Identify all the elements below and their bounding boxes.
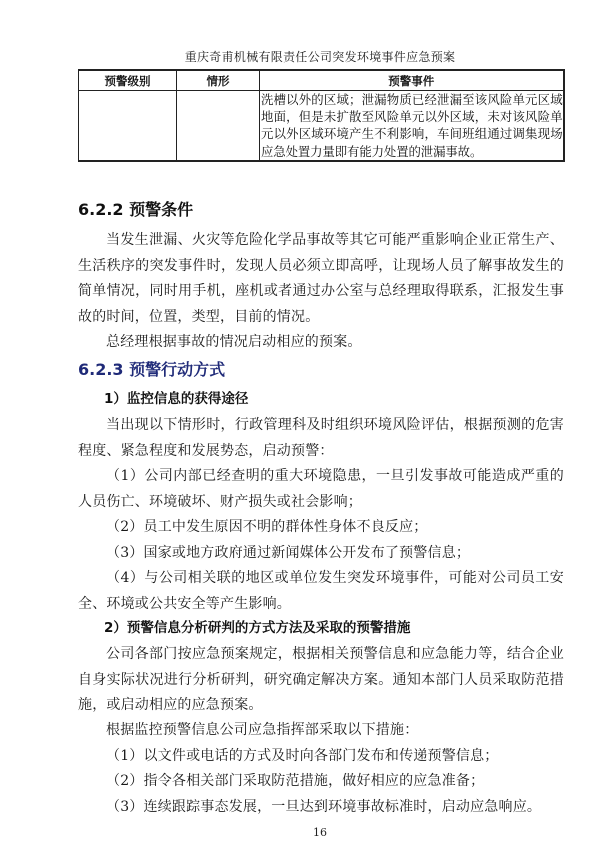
paragraph-measures-intro: 根据监控预警信息公司应急指挥部采取以下措施： — [78, 718, 564, 744]
column-header-situation: 情形 — [177, 70, 260, 91]
list-item-trigger-3: （3）国家或地方政府通过新闻媒体公开发布了预警信息； — [106, 541, 470, 567]
subheading-analysis-and-measures: 2）预警信息分析研判的方式方法及采取的预警措施 — [104, 618, 410, 638]
cell-warning-level — [79, 91, 177, 161]
cell-warning-event: 洗槽以外的区域；泄漏物质已经泄漏至该风险单元区域地面，但是未扩散至风险单元以外区… — [260, 91, 564, 161]
document-running-header: 重庆奇甫机械有限责任公司突发环境事件应急预案 — [0, 49, 616, 65]
paragraph-warning-conditions: 当发生泄漏、火灾等危险化学品事故等其它可能严重影响企业正常生产、生活秩序的突发事… — [78, 228, 564, 330]
page-number: 16 — [0, 826, 616, 839]
list-item-measure-1: （1）以文件或电话的方式及时向各部门发布和传递预警信息； — [106, 744, 499, 770]
column-header-warning-event: 预警事件 — [260, 70, 564, 91]
paragraph-warning-trigger-intro: 当出现以下情形时，行政管理科及时组织环境风险评估，根据预测的危害程度、紧急程度和… — [78, 413, 564, 464]
list-item-measure-2: （2）指令各相关部门采取防范措施，做好相应的应急准备； — [106, 769, 484, 795]
cell-situation — [177, 91, 260, 161]
list-item-measure-3: （3）连续跟踪事态发展，一旦达到环境事故标准时，启动应急响应。 — [106, 795, 541, 821]
table-header-row: 预警级别 情形 预警事件 — [79, 70, 564, 91]
subheading-monitoring-info-sources: 1）监控信息的获得途径 — [104, 389, 248, 409]
section-heading-6-2-2: 6.2.2 预警条件 — [78, 199, 193, 221]
section-heading-6-2-3: 6.2.3 预警行动方式 — [78, 359, 225, 381]
column-header-warning-level: 预警级别 — [79, 70, 177, 91]
list-item-trigger-2: （2）员工中发生原因不明的群体性身体不良反应； — [106, 515, 428, 541]
paragraph-manager-activates-plan: 总经理根据事故的情况启动相应的预案。 — [78, 330, 564, 356]
list-item-trigger-4: （4）与公司相关联的地区或单位发生突发环境事件，可能对公司员工安全、环境或公共安… — [78, 566, 564, 617]
warning-level-table: 预警级别 情形 预警事件 洗槽以外的区域；泄漏物质已经泄漏至该风险单元区域地面，… — [78, 69, 565, 162]
paragraph-departments-analysis: 公司各部门按应急预案规定，根据相关预警信息和应急能力等，结合企业自身实际状况进行… — [78, 642, 564, 719]
warning-event-text: 洗槽以外的区域；泄漏物质已经泄漏至该风险单元区域地面，但是未扩散至风险单元以外区… — [261, 91, 563, 160]
list-item-trigger-1: （1）公司内部已经查明的重大环境隐患，一旦引发事故可能造成严重的人员伤亡、环境破… — [78, 464, 564, 515]
table-row: 洗槽以外的区域；泄漏物质已经泄漏至该风险单元区域地面，但是未扩散至风险单元以外区… — [79, 91, 564, 161]
